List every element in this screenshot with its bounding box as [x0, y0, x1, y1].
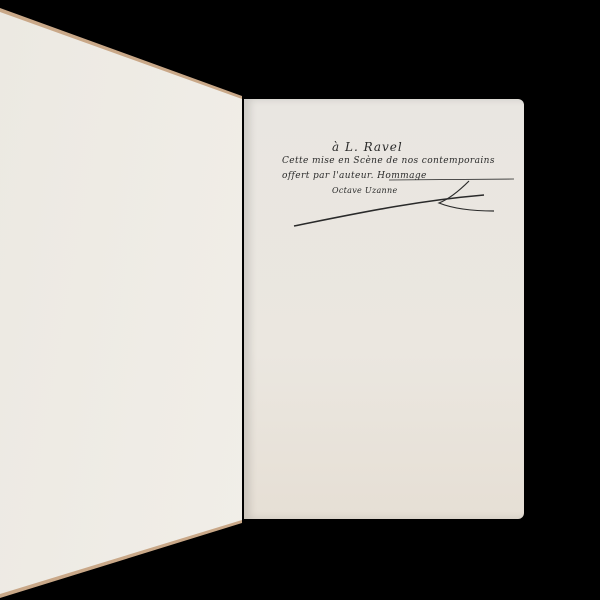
right-page: à L. Ravel Cette mise en Scène de nos co…: [244, 99, 524, 519]
signature-flourish-icon: [244, 99, 524, 239]
handwritten-inscription: à L. Ravel Cette mise en Scène de nos co…: [244, 99, 524, 239]
photo-scene: à L. Ravel Cette mise en Scène de nos co…: [0, 0, 600, 600]
